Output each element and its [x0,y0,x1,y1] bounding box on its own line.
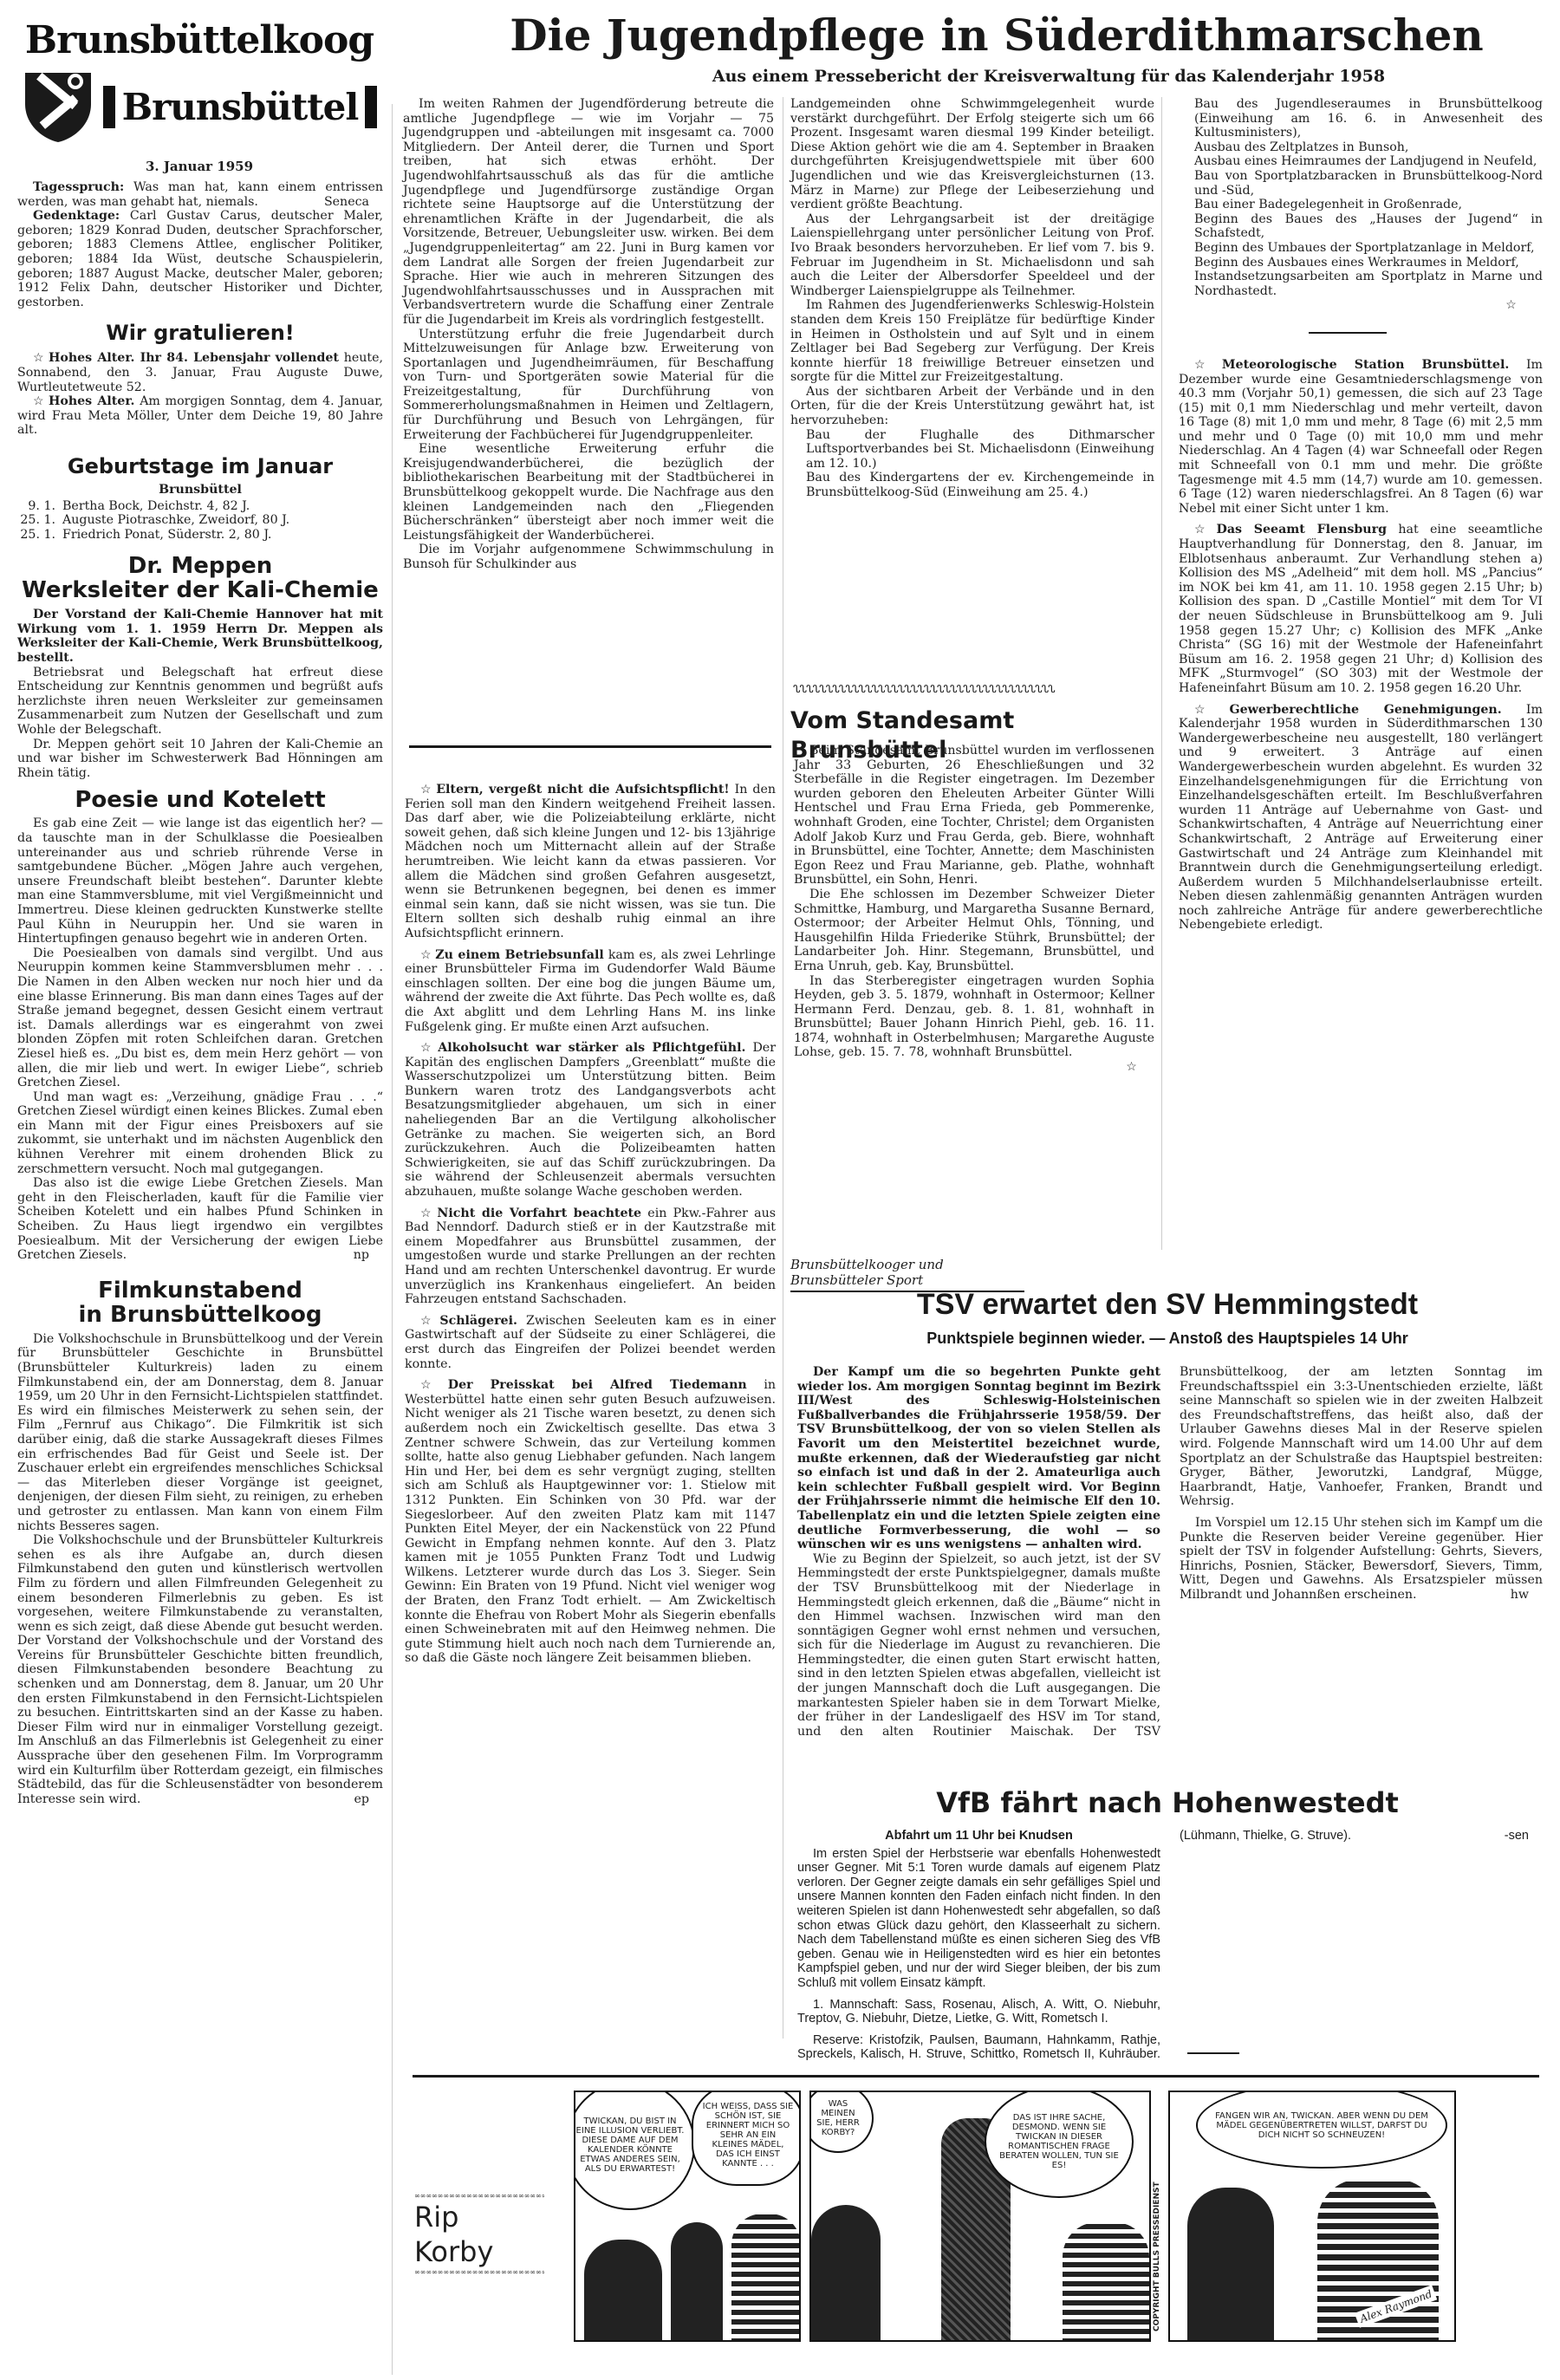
anniversaries: Gedenktage: Carl Gustav Carus, deutscher… [17,209,383,309]
article-paragraph: Die im Vorjahr aufgenommene Schwimmschul… [403,543,774,571]
daily-saying: Tagesspruch: Was man hat, kann einem ent… [17,180,383,209]
poesie-paragraph: Die Poesiealben von damals sind vergilbt… [17,946,383,1090]
article-paragraph: Die Ehe schlossen im Dezember Schweizer … [794,888,1154,974]
coat-of-arms-icon [22,69,94,144]
poesie-title: Poesie und Kotelett [17,787,383,813]
character-figure [1063,2222,1149,2342]
character-figure [811,2205,881,2342]
tsv-lead: Der Kampf um die so begehrten Punkte geh… [797,1365,1160,1552]
chain-ornament: ∞∞∞∞∞∞∞∞∞∞∞∞∞∞∞∞∞∞∞∞∞∞∞∞∞∞∞∞∞∞∞∞∞∞∞∞∞∞ [414,2269,544,2276]
list-item: Instandsetzungsarbeiten am Sportplatz in… [1179,270,1543,298]
poesie-paragraph: Das also ist die ewige Liebe Gretchen Zi… [17,1176,383,1263]
star-icon: ☆ [420,1041,434,1055]
section-rule [409,745,771,748]
masthead: Brunsbüttelkoog Brunsbüttel [17,17,381,165]
meppen-title: Dr. MeppenWerksleiter der Kali-Chemie [17,554,383,602]
poesie-paragraph: Es gab eine Zeit — wie lange ist das eig… [17,816,383,946]
vfb-article: Abfahrt um 11 Uhr bei Knudsen Im ersten … [797,1829,1543,2063]
article-paragraph: Aus der Lehrgangsarbeit ist der dreitägi… [790,212,1154,299]
character-figure [584,2240,662,2342]
speech-bubble: Was meinen Sie, Herr Korby? [809,2091,874,2153]
star-icon: ☆ [420,783,432,797]
speech-bubble: Das ist Ihre Sache, Desmond. Wenn Sie Tw… [985,2091,1134,2198]
brief-item: ☆Der Preisskat bei Alfred Tiedemann in W… [405,1378,776,1666]
lineup-paragraph: 1. Mannschaft: Sass, Rosenau, Alisch, A.… [797,1998,1160,2026]
standesamt-column: Beim Standesamt Brunsbüttel wurden im ve… [794,744,1154,1075]
list-item: Bau der Flughalle des Dithmarscher Lufts… [790,428,1154,471]
congrats-item: ☆Hohes Alter. Am morgigen Sonntag, dem 4… [17,394,383,438]
star-icon: ☆ [420,948,432,962]
comic-panel-1: Twickan, du bist in eine Illusion verlie… [574,2091,801,2342]
jugendpflege-headline: Die Jugendpflege in Süderdithmarschen [451,9,1543,62]
brief-item: ☆Alkoholsucht war stärker als Pflichtgef… [405,1041,776,1200]
speech-bubble: Twickan, du bist in eine Illusion verlie… [574,2091,695,2210]
article-paragraph: Im Vorspiel um 12.15 Uhr stehen sich im … [1180,1516,1543,1603]
short-rule [1309,332,1387,334]
birthday-row: 25. 1.Friedrich Ponat, Süderstr. 2, 80 J… [17,528,383,543]
column-divider [783,97,783,2039]
star-icon: ☆ [420,1378,445,1392]
issue-date: 3. Januar 1959 [17,159,381,174]
meppen-lead: Der Vorstand der Kali-Chemie Hannover ha… [17,608,383,665]
wave-divider: ᔐᔐᔐᔐᔐᔐᔐᔐᔐᔐᔐᔐᔐᔐᔐᔐᔐᔐᔐᔐᔐᔐᔐᔐᔐᔐᔐᔐᔐᔐᔐᔐᔐᔐᔐᔐᔐᔐᔐᔐ [793,685,1155,693]
brief-item: ☆Schlägerei. Zwischen Seeleuten kam es i… [405,1314,776,1371]
star-icon: ☆ [420,1314,436,1328]
star-icon: ☆ [1194,523,1213,536]
congrats-title: Wir gratulieren! [17,320,383,346]
column-divider [392,104,393,2375]
comic-panel-3: Fangen wir an, Twickan. Aber wenn du dem… [1168,2091,1456,2342]
brief-item: ☆Zu einem Betriebsunfall kam es, als zwe… [405,948,776,1035]
short-rule [1187,2052,1239,2054]
list-item: Ausbau eines Heimraumes der Landjugend i… [1179,154,1543,169]
vfb-headline: VfB fährt nach Hohenwestedt [790,1785,1544,1820]
star-icon: ☆ [794,1060,1154,1075]
star-icon: ☆ [1194,358,1219,372]
birthday-row: 25. 1.Auguste Piotraschke, Zweidorf, 80 … [17,513,383,528]
article-paragraph: Landgemeinden ohne Schwimmgelegenheit wu… [790,97,1154,212]
character-figure [731,2214,801,2342]
masthead-line2: Brunsbüttel [103,86,378,128]
meppen-paragraph: Betriebsrat und Belegschaft hat erfreut … [17,666,383,738]
jugendpflege-column-1: Im weiten Rahmen der Jugendförderung bet… [403,97,774,572]
list-item: Bau von Sportplatzbaracken in Brunsbütte… [1179,169,1543,198]
chain-ornament: ∞∞∞∞∞∞∞∞∞∞∞∞∞∞∞∞∞∞∞∞∞∞∞∞∞∞∞∞∞∞∞∞∞∞∞∞∞∞ [414,2193,544,2200]
saying-author: Seneca [309,195,369,210]
film-signature: ep [339,1792,369,1807]
brief-item: ☆Meteorologische Station Brunsbüttel. Im… [1179,358,1543,517]
article-paragraph: Aus der sichtbaren Arbeit der Verbände u… [790,385,1154,428]
speech-bubble: Fangen wir an, Twickan. Aber wenn du dem… [1196,2091,1447,2169]
character-figure [671,2222,723,2342]
article-paragraph: Eine wesentliche Erweiterung erfuhr die … [403,442,774,543]
list-item: Bau einer Badegelegenheit in Großenrade, [1179,198,1543,212]
tsv-article: Der Kampf um die so begehrten Punkte geh… [797,1365,1543,1746]
article-paragraph: Beim Standesamt Brunsbüttel wurden im ve… [794,744,1154,888]
tsv-signature: hw [1495,1588,1529,1603]
birthday-row: 9. 1.Bertha Bock, Deichstr. 4, 82 J. [17,499,383,514]
local-briefs-column: ☆Eltern, vergeßt nicht die Aufsichtspfli… [405,776,776,1666]
character-figure [1187,2188,1274,2342]
comic-top-rule [413,2075,1539,2078]
brief-item: ☆Das Seeamt Flensburg hat eine seeamtlic… [1179,523,1543,695]
masthead-line1: Brunsbüttelkoog [17,17,381,64]
birthdays-place: Brunsbüttel [17,483,383,497]
tsv-subtitle: Punktspiele beginnen wieder. — Anstoß de… [790,1329,1544,1348]
list-item: Bau des Jugendleseraumes in Brunsbüttelk… [1179,97,1543,140]
brief-item: ☆Gewerberechtliche Genehmigungen. Im Kal… [1179,703,1543,933]
film-paragraph: Die Volkshochschule in Brunsbüttelkoog u… [17,1332,383,1533]
column-divider [1161,97,1162,1250]
list-item: Beginn des Umbaues der Sportplatzanlage … [1179,241,1543,256]
speech-bubble: Ich weiss, dass sie schön ist, sie erinn… [692,2091,801,2186]
article-paragraph: In das Sterberegister eingetragen wurden… [794,974,1154,1061]
film-paragraph: Die Volkshochschule und der Brunsbüttele… [17,1533,383,1806]
star-icon: ☆ [33,394,45,408]
comic-panel-2: Was meinen Sie, Herr Korby? Das ist Ihre… [809,2091,1151,2342]
list-item: Beginn des Baues des „Hauses der Jugend“… [1179,212,1543,241]
jugendpflege-column-2: Landgemeinden ohne Schwimmgelegenheit wu… [790,97,1154,500]
comic-title-block: ∞∞∞∞∞∞∞∞∞∞∞∞∞∞∞∞∞∞∞∞∞∞∞∞∞∞∞∞∞∞∞∞∞∞∞∞∞∞ R… [414,2193,544,2276]
brief-item: ☆Nicht die Vorfahrt beachtete ein Pkw.-F… [405,1206,776,1307]
list-item: Ausbau des Zeltplatzes in Bunsoh, [1179,140,1543,155]
jugendpflege-subtitle: Aus einem Pressebericht der Kreisverwalt… [572,66,1525,87]
poesie-signature: np [338,1248,369,1263]
star-icon: ☆ [33,351,45,365]
article-paragraph: Unterstützung erfuhr die freie Jugendarb… [403,328,774,443]
article-paragraph: Im ersten Spiel der Herbstserie war eben… [797,1847,1160,1991]
article-paragraph: Im Rahmen des Jugendferienwerks Schleswi… [790,298,1154,385]
tsv-headline: TSV erwartet den SV Hemmingstedt [790,1287,1544,1322]
meppen-paragraph: Dr. Meppen gehört seit 10 Jahren der Kal… [17,738,383,781]
vfb-subtitle: Abfahrt um 11 Uhr bei Knudsen [797,1829,1160,1844]
left-column: Tagesspruch: Was man hat, kann einem ent… [17,180,383,1806]
congrats-item: ☆Hohes Alter. Ihr 84. Lebensjahr vollend… [17,351,383,394]
film-title: Filmkunstabendin Brunsbüttelkoog [17,1278,383,1327]
birthdays-title: Geburtstage im Januar [17,453,383,479]
brief-item: ☆Eltern, vergeßt nicht die Aufsichtspfli… [405,783,776,941]
comic-title: Rip Korby [414,2200,544,2269]
list-item: Beginn des Ausbaues eines Werkraumes in … [1179,256,1543,270]
list-item: Bau des Kindergartens der ev. Kirchengem… [790,471,1154,499]
jugendpflege-column-3: Bau des Jugendleseraumes in Brunsbüttelk… [1179,97,1543,933]
star-icon: ☆ [1194,703,1225,717]
comic-copyright: COPYRIGHT BULLS PRESSEDIENST [1153,2106,1161,2331]
article-paragraph: Im weiten Rahmen der Jugendförderung bet… [403,97,774,328]
star-icon: ☆ [1179,298,1543,313]
poesie-paragraph: Und man wagt es: „Verzeihung, gnädige Fr… [17,1090,383,1177]
vfb-signature: -sen [1489,1829,1529,1844]
star-icon: ☆ [420,1206,433,1220]
